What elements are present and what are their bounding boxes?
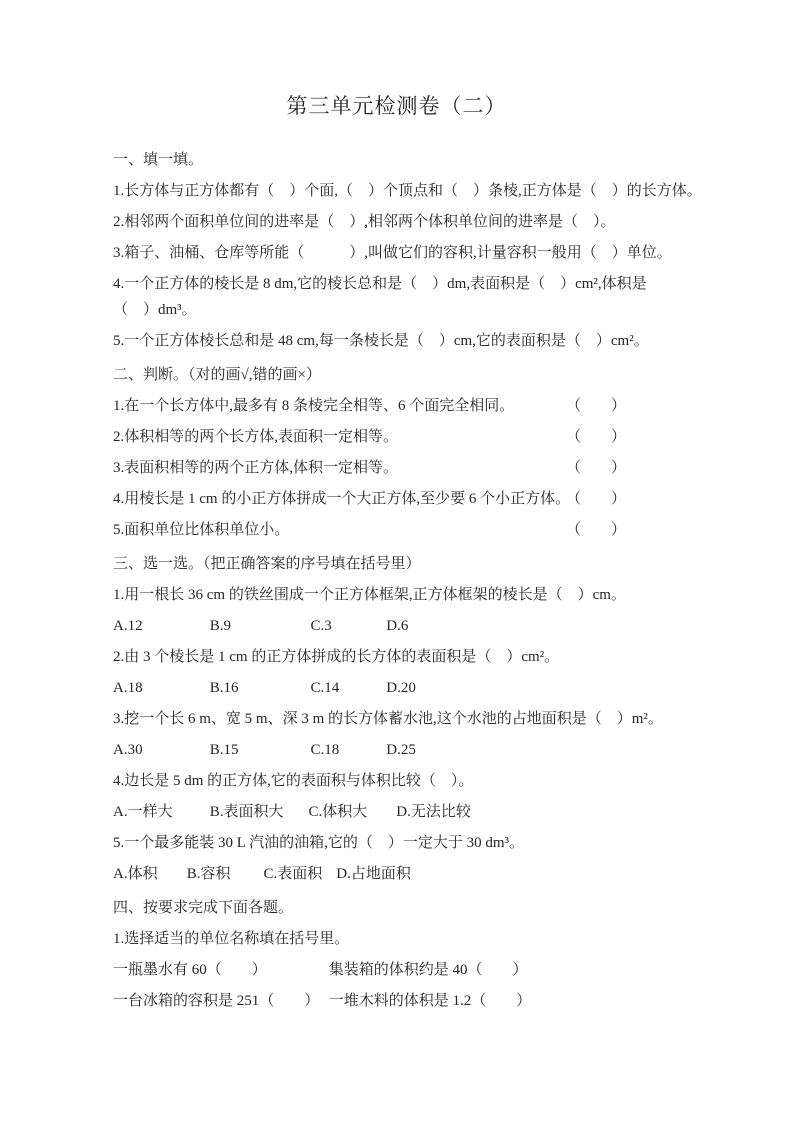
choice-question-2: 2.由 3 个棱长是 1 cm 的正方体拼成的长方体的表面积是（ ）cm²。: [113, 642, 778, 673]
judge-text-5: 5.面积单位比体积单位小。: [113, 522, 289, 538]
page-title: 第三单元检测卷（二）: [0, 90, 793, 120]
fill-question-5: 5.一个正方体棱长总和是 48 cm,每一条棱长是（ ）cm,它的表面积是（ ）…: [113, 326, 778, 357]
choice-4-option-b: B.表面积大: [210, 797, 305, 828]
choice-5-option-c: C.表面积: [264, 859, 333, 890]
fill-question-1: 1.长方体与正方体都有（ ）个面,（ ）个顶点和（ ）条棱,正方体是（ ）的长方…: [113, 176, 778, 207]
choice-1-option-b: B.9: [210, 611, 307, 642]
judge-item-4: 4.用棱长是 1 cm 的小正方体拼成一个大正方体,至少要 6 个小正方体。 （…: [113, 484, 778, 515]
judge-text-3: 3.表面积相等的两个正方体,体积一定相等。: [113, 460, 398, 476]
unit-row-2: 一台冰箱的容积是 251（ ） 一堆木料的体积是 1.2（ ）: [113, 986, 778, 1017]
choice-3-option-c: C.18: [311, 735, 383, 766]
choice-5-option-a: A.体积: [113, 859, 183, 890]
choice-3-option-b: B.15: [210, 735, 307, 766]
choice-5-option-d: D.占地面积: [336, 859, 411, 890]
choice-2-option-d: D.20: [386, 673, 416, 704]
page: 第三单元检测卷（二） 一、填一填。 1.长方体与正方体都有（ ）个面,（ ）个顶…: [0, 0, 793, 1122]
choice-4-option-a: A.一样大: [113, 797, 206, 828]
unit-row-1: 一瓶墨水有 60（ ） 集装箱的体积约是 40（ ）: [113, 955, 778, 986]
choice-3-option-d: D.25: [386, 735, 416, 766]
choice-question-5: 5.一个最多能装 30 L 汽油的油箱,它的（ ）一定大于 30 dm³。: [113, 828, 778, 859]
choice-options-2: A.18 B.16 C.14 D.20: [113, 673, 778, 704]
choice-options-3: A.30 B.15 C.18 D.25: [113, 735, 778, 766]
choice-options-4: A.一样大 B.表面积大 C.体积大 D.无法比较: [113, 797, 778, 828]
choice-options-1: A.12 B.9 C.3 D.6: [113, 611, 778, 642]
unit-item-fridge: 一台冰箱的容积是 251（ ）: [113, 986, 325, 1017]
choice-4-option-d: D.无法比较: [396, 797, 471, 828]
unit-item-ink: 一瓶墨水有 60（ ）: [113, 955, 325, 986]
choice-question-3: 3.挖一个长 6 m、宽 5 m、深 3 m 的长方体蓄水池,这个水池的占地面积…: [113, 704, 778, 735]
section-fill-heading: 一、填一填。: [113, 145, 778, 176]
choice-2-option-c: C.14: [311, 673, 383, 704]
choice-question-1: 1.用一根长 36 cm 的铁丝围成一个正方体框架,正方体框架的棱长是（ ）cm…: [113, 580, 778, 611]
judge-text-4: 4.用棱长是 1 cm 的小正方体拼成一个大正方体,至少要 6 个小正方体。: [113, 491, 570, 507]
section-units-heading: 四、按要求完成下面各题。: [113, 893, 778, 924]
test-content: 一、填一填。 1.长方体与正方体都有（ ）个面,（ ）个顶点和（ ）条棱,正方体…: [113, 142, 778, 1017]
units-instruction: 1.选择适当的单位名称填在括号里。: [113, 924, 778, 955]
judge-item-5: 5.面积单位比体积单位小。 （ ）: [113, 515, 778, 546]
fill-question-2: 2.相邻两个面积单位间的进率是（ ）,相邻两个体积单位间的进率是（ ）。: [113, 207, 778, 238]
judge-text-1: 1.在一个长方体中,最多有 8 条棱完全相等、6 个面完全相同。: [113, 398, 514, 414]
judge-answer-blank-3: （ ）: [566, 453, 626, 484]
fill-question-3: 3.箱子、油桶、仓库等所能（ ）,叫做它们的容积,计量容积一般用（ ）单位。: [113, 238, 778, 269]
choice-5-option-b: B.容积: [187, 859, 260, 890]
choice-1-option-c: C.3: [311, 611, 383, 642]
judge-text-2: 2.体积相等的两个长方体,表面积一定相等。: [113, 429, 398, 445]
choice-2-option-a: A.18: [113, 673, 206, 704]
choice-1-option-d: D.6: [386, 611, 408, 642]
choice-2-option-b: B.16: [210, 673, 307, 704]
choice-1-option-a: A.12: [113, 611, 206, 642]
section-judge-heading: 二、判断。（对的画√,错的画×）: [113, 360, 778, 391]
judge-item-3: 3.表面积相等的两个正方体,体积一定相等。 （ ）: [113, 453, 778, 484]
unit-item-wood: 一堆木料的体积是 1.2（ ）: [329, 993, 532, 1009]
judge-item-1: 1.在一个长方体中,最多有 8 条棱完全相等、6 个面完全相同。 （ ）: [113, 391, 778, 422]
judge-answer-blank-5: （ ）: [566, 515, 626, 546]
unit-item-container: 集装箱的体积约是 40（ ）: [329, 962, 528, 978]
judge-answer-blank-1: （ ）: [566, 391, 626, 422]
judge-answer-blank-4: （ ）: [566, 484, 626, 515]
judge-item-2: 2.体积相等的两个长方体,表面积一定相等。 （ ）: [113, 422, 778, 453]
choice-3-option-a: A.30: [113, 735, 206, 766]
choice-options-5: A.体积 B.容积 C.表面积 D.占地面积: [113, 859, 778, 890]
choice-question-4: 4.边长是 5 dm 的正方体,它的表面积与体积比较（ ）。: [113, 766, 778, 797]
judge-answer-blank-2: （ ）: [566, 422, 626, 453]
section-choice-heading: 三、选一选。（把正确答案的序号填在括号里）: [113, 549, 778, 580]
choice-4-option-c: C.体积大: [309, 797, 393, 828]
